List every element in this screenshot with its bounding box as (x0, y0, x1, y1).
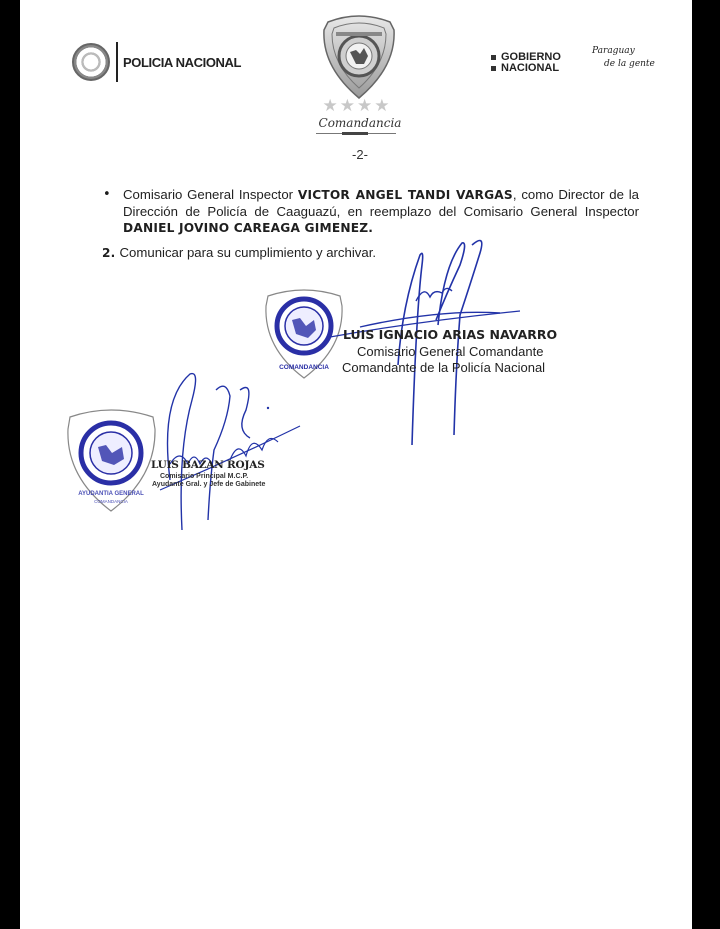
signature-2-scribble (130, 360, 300, 540)
signatory-2-name: LUIS BAZAN ROJAS (151, 459, 265, 471)
bullet-icon: • (103, 187, 111, 202)
square-bullet-icon (491, 66, 496, 71)
government-logo: GOBIERNO NACIONAL (491, 52, 561, 74)
slogan-line-2: de la gente (592, 58, 662, 71)
signatory-2-position: Ayudante Gral. y Jefe de Gabinete (152, 481, 265, 488)
text-segment: Comisario General Inspector (123, 187, 298, 202)
office-name: Comandancia (310, 116, 410, 130)
document-page: POLICIA NACIONAL ★★★★ Comandancia -2- GO… (20, 0, 692, 929)
header-divider (116, 42, 118, 82)
slogan: Paraguay de la gente (592, 45, 662, 71)
paraguay-national-seal-icon (72, 43, 110, 81)
signatory-1-position: Comandante de la Policía Nacional (342, 360, 545, 375)
government-line-2: NACIONAL (501, 62, 559, 74)
page-number: -2- (340, 147, 380, 162)
signatory-2-title: Comisario Principal M.C.P. (160, 473, 248, 480)
square-bullet-icon (491, 55, 496, 60)
organization-name: POLICIA NACIONAL (123, 55, 241, 70)
item-number: 2. (102, 246, 116, 260)
office-underline-accent (342, 132, 368, 135)
police-badge-crest-icon (320, 12, 398, 100)
four-stars-icon: ★★★★ (317, 96, 397, 116)
appointee-name: VICTOR ANGEL TANDI VARGAS (298, 188, 513, 202)
slogan-line-1: Paraguay (592, 45, 662, 58)
signatory-1-name: LUIS IGNACIO ARIAS NAVARRO (343, 327, 557, 342)
signatory-1-title: Comisario General Comandante (357, 344, 543, 359)
svg-text:COMANDANCIA: COMANDANCIA (94, 499, 128, 504)
